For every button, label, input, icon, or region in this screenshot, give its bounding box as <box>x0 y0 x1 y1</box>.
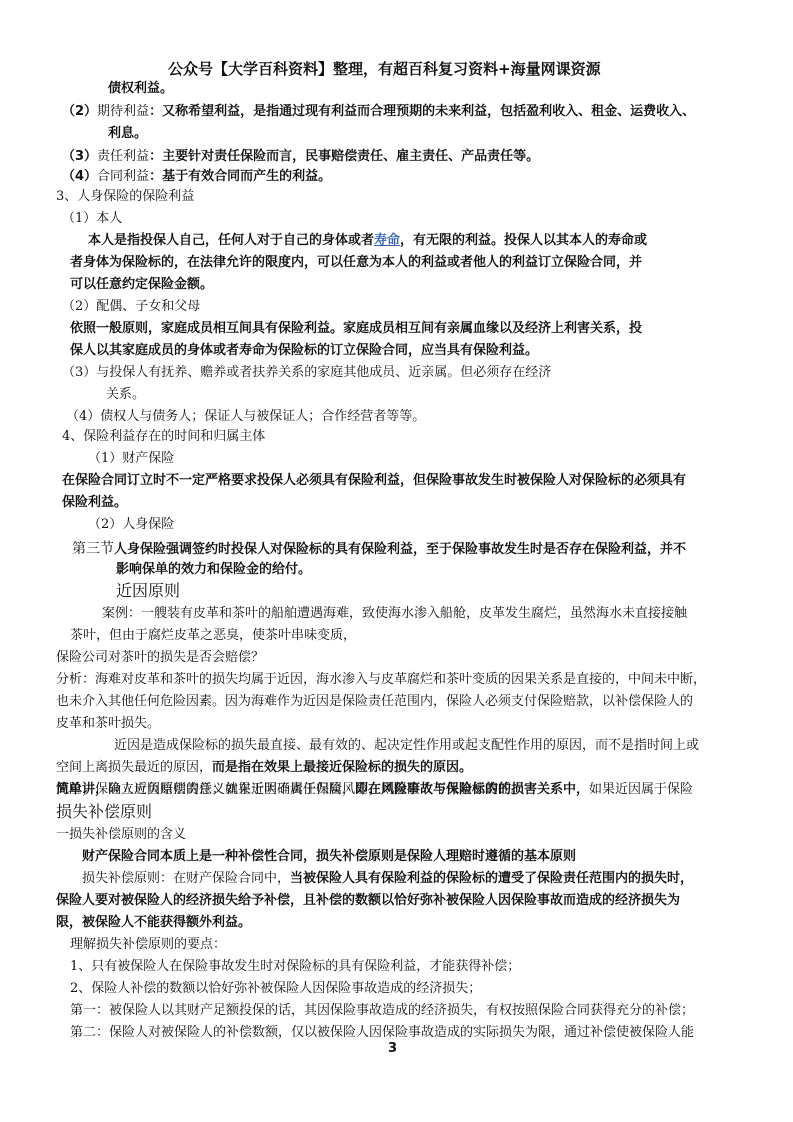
subsection-heading: （2）人身保险 <box>88 516 174 534</box>
text-line: （2）期待利益：又称希望利益，是指通过现有利益而合理预期的未来利益，包括盈利收入… <box>62 103 695 121</box>
text-line: 在保险合同订立时不一定严格要求投保人必须具有保险利益，但保险事故发生时被保险人对… <box>62 472 686 490</box>
text-line: 案例：一艘装有皮革和茶叶的船舶遭遇海难，致使海水渗入船舱，皮革发生腐烂，虽然海水… <box>102 605 687 623</box>
list-item: 2、保险人补偿的数额以恰好弥补被保险人因保险事故造成的经济损失； <box>70 980 481 998</box>
text-line: 茶叶，但由于腐烂皮革之恶臭，使茶叶串味变质， <box>70 627 356 645</box>
text-line: （4）合同利益：基于有效合同而产生的利益。 <box>62 168 331 186</box>
page-header: 公众号【大学百科资料】整理，有超百科复习资料+海量网课资源 <box>168 60 601 78</box>
text-line: 第三节人身保险强调签约时投保人对保险标的具有保险利益，至于保险事故发生时是否存在… <box>72 540 686 559</box>
page-number: 3 <box>388 1040 397 1058</box>
subsection-heading: （1）本人 <box>62 210 122 228</box>
section-heading: 4、保险利益存在的时间和归属主体 <box>62 428 265 446</box>
section-heading: 近因原则 <box>116 582 180 600</box>
section-heading: 3、人身保险的保险利益 <box>56 188 194 206</box>
subsection-heading: 一损失补偿原则的含义 <box>56 826 186 844</box>
link-shouming[interactable]: 寿命 <box>374 233 400 248</box>
text-line: 损失补偿原则：在财产保险合同中，当被保险人具有保险利益的保险标的遭受了保险责任范… <box>82 870 693 888</box>
text-line: 皮革和茶叶损失。 <box>56 715 160 733</box>
text-line: 保险人要对被保险人的经济损失给予补偿，且补偿的数额以恰好弥补被保险人因保险事故而… <box>56 892 680 910</box>
subsection-heading: （2）配偶、子女和父母 <box>62 298 200 316</box>
list-item: 第二：保险人对被保险人的补偿数额，仅以被保险人因保险事故造成的实际损失为限，通过… <box>70 1024 694 1042</box>
text-line: （3）与投保人有抚养、赡养或者扶养关系的家庭其他成员、近亲属。但必须存在经济 <box>62 364 551 382</box>
text-line: 分析：海难对皮革和茶叶的损失均属于近因，海水渗入与皮革腐烂和茶叶变质的因果关系是… <box>56 671 706 689</box>
text-line: 本人是指投保人自己，任何人对于自己的身体或者寿命，有无限的利益。投保人以其本人的… <box>88 232 647 250</box>
text-line: 保险利益。 <box>62 494 127 512</box>
list-item: 1、只有被保险人在保险事故发生时对保险标的具有保险利益，才能获得补偿； <box>70 958 520 976</box>
list-item: 第一：被保险人以其财产足额投保的话，其因保险事故造成的经济损失，有权按照保险合同… <box>70 1002 694 1020</box>
text-line: 关系。 <box>106 386 145 404</box>
text-line: 风险，保险人应负赔偿责任；如果近因不属于保险风险，则保险人不负赔偿责任。 <box>56 781 524 799</box>
text-line: 理解损失补偿原则的要点： <box>70 936 226 954</box>
text-line: （4）债权人与债务人；保证人与被保证人；合作经营者等等。 <box>66 408 425 426</box>
text-line: 债权利益。 <box>108 80 173 98</box>
text-line: 可以任意约定保险金额。 <box>70 276 213 294</box>
subsection-heading: （1）财产保险 <box>88 450 174 468</box>
text-line: 保险公司对茶叶的损失是否会赔偿？ <box>56 649 264 667</box>
text-line: 影响保单的效力和保险金的给付。 <box>116 561 311 579</box>
text-line: （3）责任利益：主要针对责任保险而言，民事赔偿责任、雇主责任、产品责任等。 <box>62 148 539 166</box>
text-line: 也未介入其他任何危险因素。因为海难作为近因是保险责任范围内，保险人必须支付保险赔… <box>56 693 693 711</box>
section-heading: 损失补偿原则 <box>56 803 152 821</box>
text-line: 保人以其家庭成员的身体或者寿命为保险标的订立保险合同，应当具有保险利益。 <box>70 342 538 360</box>
text-line: 限，被保险人不能获得额外利益。 <box>56 914 251 932</box>
text-line: 利息。 <box>108 125 147 143</box>
text-line: 者身体为保险标的，在法律允许的限度内，可以任意为本人的利益或者他人的利益订立保险… <box>70 254 642 272</box>
text-line: 近因是造成保险标的损失最直接、最有效的、起决定性作用或起支配性作用的原因，而不是… <box>114 737 699 755</box>
text-line: 财产保险合同本质上是一种补偿性合同，损失补偿原则是保险人理赔时遵循的基本原则 <box>82 848 576 866</box>
text-line: 空间上离损失最近的原因，而是指在效果上最接近保险标的损失的原因。 <box>56 759 472 777</box>
text-line: 依照一般原则，家庭成员相互间具有保险利益。家庭成员相互间有亲属血缘以及经济上利害… <box>70 320 642 338</box>
